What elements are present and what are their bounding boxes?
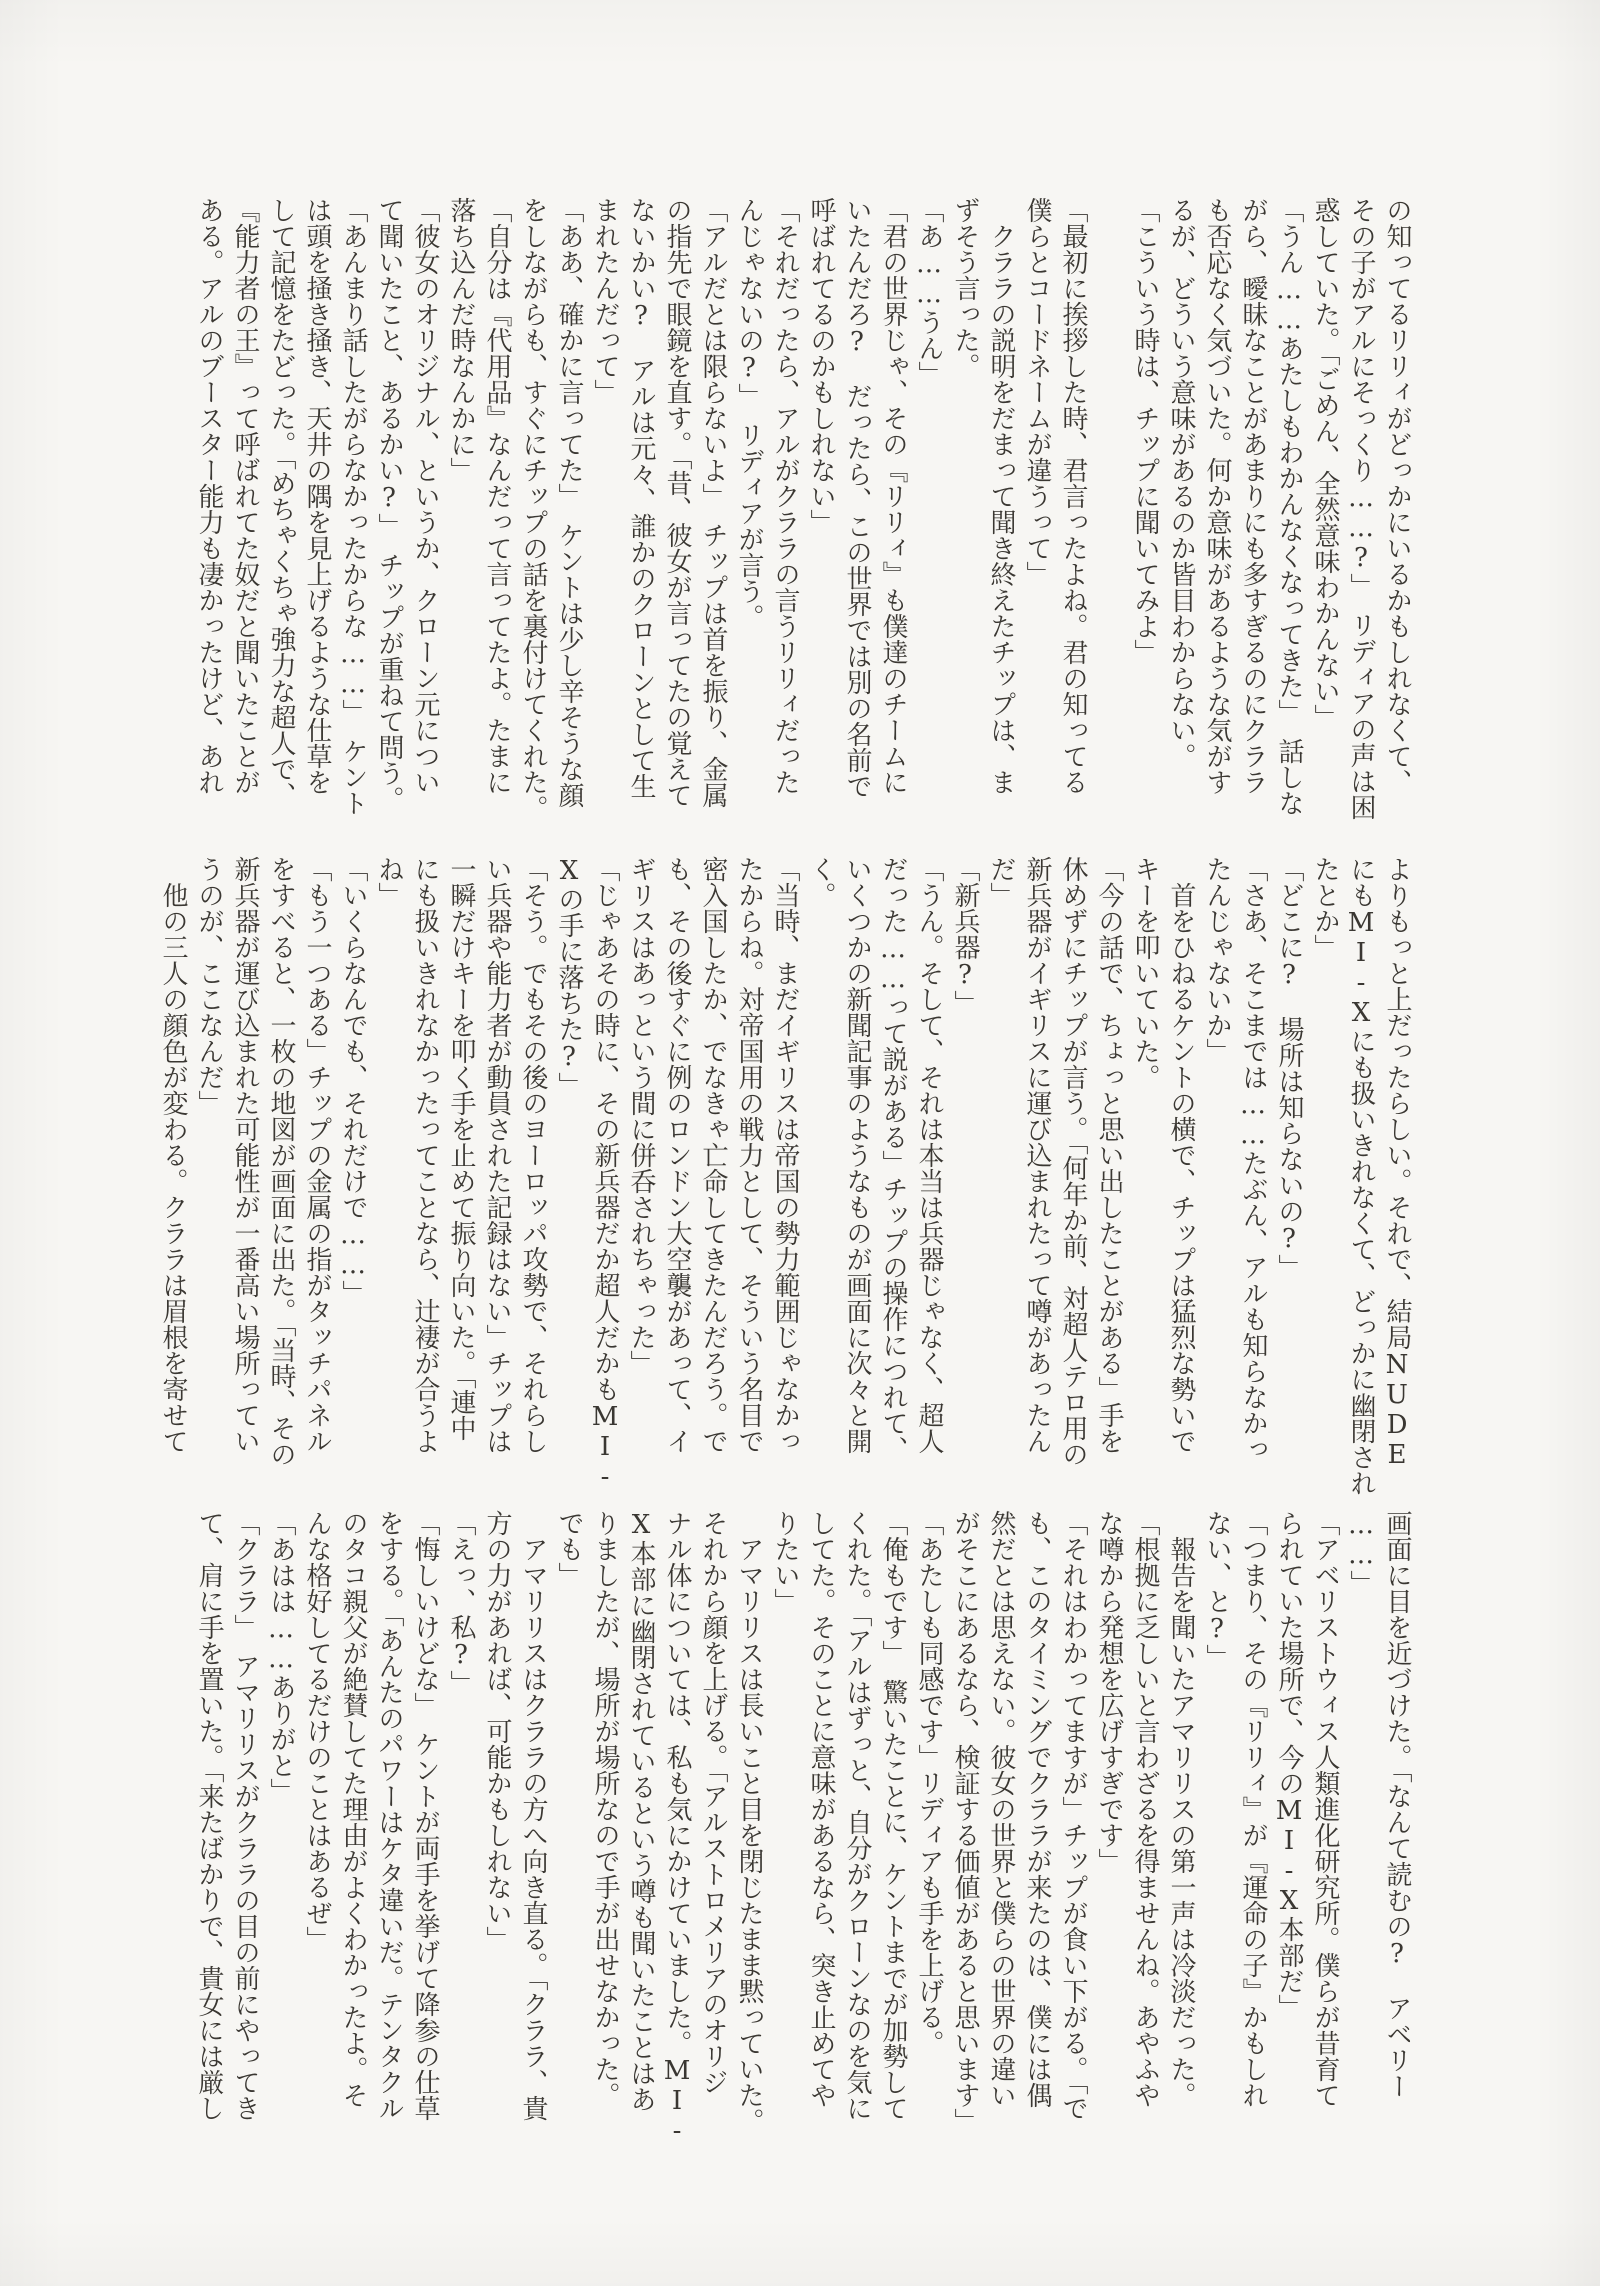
text-column: クララの説明をだまって聞き終えたチップは、ま — [983, 197, 1019, 813]
text-column: 他の三人の顔色が変わる。クララは眉根を寄せて — [155, 856, 191, 1472]
text-column: まれたんだって」 — [587, 197, 623, 813]
text-column: して記憶をたどった。「めちゃくちゃ強力な超人で、 — [263, 197, 299, 813]
text-column: 一瞬だけキーを叩く手を止めて振り向いた。「連中 — [443, 856, 479, 1472]
text-column: 「それだったら、アルがクララの言うリリィだった — [767, 197, 803, 813]
text-column: 「あはは……ありがと」 — [263, 1510, 299, 2126]
text-column: 「俺もです」 驚いたことに、ケントまでが加勢して — [875, 1510, 911, 2126]
text-column: 然だとは思えない。彼女の世界と僕らの世界の違い — [983, 1510, 1019, 2126]
text-column: たとか」 — [1307, 856, 1343, 1472]
text-column: よりもっと上だったらしい。それで、結局NUDE — [1379, 856, 1415, 1472]
text-band-middle: よりもっと上だったらしい。それで、結局NUDEにもMI-Xにも扱いきれなくて、ど… — [155, 856, 1415, 1472]
text-column: 「こういう時は、チップに聞いてみよ」 — [1127, 197, 1163, 813]
text-column: 「もう一つある」チップの金属の指がタッチパネル — [299, 856, 335, 1472]
text-column: 「悔しいけどな」 ケントが両手を挙げて降参の仕草 — [407, 1510, 443, 2126]
text-column: も否応なく気づいた。何か意味があるような気がす — [1199, 197, 1235, 813]
text-band-top: の知ってるリリィがどっかにいるかもしれなくて、その子がアルにそっくり……?」 リ… — [191, 197, 1415, 813]
text-column: それから顔を上げる。「アルストロメリアのオリジ — [695, 1510, 731, 2126]
text-column: 「根拠に乏しいと言わざるを得ませんね。あやふや — [1127, 1510, 1163, 2126]
text-column: 「あたしも同感です」リディアも手を上げる。 — [911, 1510, 947, 2126]
text-column: 「クララ」 アマリリスがクララの目の前にやってき — [227, 1510, 263, 2126]
text-column: 落ち込んだ時なんかに」 — [443, 197, 479, 813]
text-column: ある。アルのブースター能力も凄かったけど、あれ — [191, 197, 227, 813]
text-column: たんじゃないか」 — [1199, 856, 1235, 1472]
text-column: その子がアルにそっくり……?」 リディアの声は困 — [1343, 197, 1379, 813]
text-column: く。 — [803, 856, 839, 1472]
text-column: 報告を聞いたアマリリスの第一声は冷淡だった。 — [1163, 1510, 1199, 2126]
text-column: 「当時、まだイギリスは帝国の勢力範囲じゃなかっ — [767, 856, 803, 1472]
text-column: 「最初に挨拶した時、君言ったよね。君の知ってる — [1055, 197, 1091, 813]
text-column: をする。「あんたのパワーはケタ違いだ。テンタクル — [371, 1510, 407, 2126]
text-column: にも扱いきれなかったってことなら、辻褄が合うよ — [407, 856, 443, 1472]
text-column: ずそう言った。 — [947, 197, 983, 813]
text-column: ないかい? アルは元々、誰かのクローンとして生 — [623, 197, 659, 813]
text-column: て聞いたこと、あるかい?」 チップが重ねて問う。 — [371, 197, 407, 813]
text-column: 「ああ、確かに言ってた」 ケントは少し辛そうな顔 — [551, 197, 587, 813]
scanned-novel-page: の知ってるリリィがどっかにいるかもしれなくて、その子がアルにそっくり……?」 リ… — [0, 0, 1600, 2286]
text-column: うのが、ここなんだ」 — [191, 856, 227, 1472]
text-column: 「さあ、そこまでは……たぶん、アルも知らなかっ — [1235, 856, 1271, 1472]
text-column: 惑していた。「ごめん、全然意味わかんない」 — [1307, 197, 1343, 813]
text-column: も、その後すぐに例のロンドン大空襲があって、イ — [659, 856, 695, 1472]
text-column: のタコ親父が絶賛してた理由がよくわかったよ。そ — [335, 1510, 371, 2126]
text-column: いくつかの新聞記事のようなものが画面に次々と開 — [839, 856, 875, 1472]
text-column: は頭を掻き掻き、天井の隅を見上げるような仕草を — [299, 197, 335, 813]
text-column: 「君の世界じゃ、その『リリィ』も僕達のチームに — [875, 197, 911, 813]
text-column: 休めずにチップが言う。「何年か前、対超人テロ用の — [1055, 856, 1091, 1472]
text-column: 僕らとコードネームが違うって」 — [1019, 197, 1055, 813]
text-column: りたい」 — [767, 1510, 803, 2126]
text-column: 方の力があれば、可能かもしれない」 — [479, 1510, 515, 2126]
text-column: 「あんまり話したがらなかったからな……」 ケント — [335, 197, 371, 813]
text-column: りましたが、場所が場所なので手が出せなかった。 — [587, 1510, 623, 2126]
text-column: 「いくらなんでも、それだけで……」 — [335, 856, 371, 1472]
text-column: い兵器や能力者が動員された記録はない」チップは — [479, 856, 515, 1472]
text-column: をしながらも、すぐにチップの話を裏付けてくれた。 — [515, 197, 551, 813]
text-column: 「うん。そして、それは本当は兵器じゃなく、超人 — [911, 856, 947, 1472]
text-column: だ」 — [983, 856, 1019, 1472]
text-column: 「それはわかってますが」チップが食い下がる。「で — [1055, 1510, 1091, 2126]
text-column: ……」 — [1343, 1510, 1379, 2126]
text-column: な噂から発想を広げすぎです」 — [1091, 1510, 1127, 2126]
text-column: Xの手に落ちた?」 — [551, 856, 587, 1472]
text-column: 新兵器が運び込まれた可能性が一番高い場所ってい — [227, 856, 263, 1472]
text-column: ナル体については、私も気にかけていました。MI- — [659, 1510, 695, 2126]
text-column: キーを叩いていた。 — [1127, 856, 1163, 1472]
text-column: 密入国したか、でなきゃ亡命してきたんだろう。で — [695, 856, 731, 1472]
text-column: をすべると、一枚の地図が画面に出た。「当時、その — [263, 856, 299, 1472]
text-column: られていた場所で、今のMI-X本部だ」 — [1271, 1510, 1307, 2126]
text-column: 「今の話で、ちょっと思い出したことがある」手を — [1091, 856, 1127, 1472]
text-column: いたんだろ? だったら、この世界では別の名前で — [839, 197, 875, 813]
text-column: の知ってるリリィがどっかにいるかもしれなくて、 — [1379, 197, 1415, 813]
text-column: んじゃないの?」 リディアが言う。 — [731, 197, 767, 813]
text-column: 「どこに? 場所は知らないの?」 — [1271, 856, 1307, 1472]
text-column: 首をひねるケントの横で、チップは猛烈な勢いで — [1163, 856, 1199, 1472]
text-column: アマリリスは長いこと目を閉じたまま黙っていた。 — [731, 1510, 767, 2126]
text-column: たからね。対帝国用の戦力として、そういう名目で — [731, 856, 767, 1472]
text-column: ね」 — [371, 856, 407, 1472]
text-column: 「じゃあその時に、その新兵器だか超人だかもMI- — [587, 856, 623, 1472]
text-column: 「あ……うん」 — [911, 197, 947, 813]
text-column: 「アベリストウィス人類進化研究所。僕らが昔育て — [1307, 1510, 1343, 2126]
text-column: 「新兵器?」 — [947, 856, 983, 1472]
text-column: 「そう。でもその後のヨーロッパ攻勢で、それらし — [515, 856, 551, 1472]
text-column: X本部に幽閉されているという噂も聞いたことはあ — [623, 1510, 659, 2126]
text-band-bottom: 画面に目を近づけた。「なんて読むの? アベリー……」「アベリストウィス人類進化研… — [191, 1510, 1415, 2126]
text-column: アマリリスはクララの方へ向き直る。「クララ、貴 — [515, 1510, 551, 2126]
text-column: がそこにあるなら、検証する価値があると思います」 — [947, 1510, 983, 2126]
text-column: 呼ばれてるのかもしれない」 — [803, 197, 839, 813]
section-break — [1091, 197, 1127, 813]
text-column: て、肩に手を置いた。「来たばかりで、貴女には厳し — [191, 1510, 227, 2126]
text-column: の指先で眼鏡を直す。「昔、彼女が言ってたの覚えて — [659, 197, 695, 813]
text-column: ギリスはあっという間に併呑されちゃった」 — [623, 856, 659, 1472]
text-column: 「うん……あたしもわかんなくなってきた」 話しな — [1271, 197, 1307, 813]
text-column: 『能力者の王』って呼ばれてた奴だと聞いたことが — [227, 197, 263, 813]
text-column: にもMI-Xにも扱いきれなくて、どっかに幽閉され — [1343, 856, 1379, 1472]
text-column: 「自分は『代用品』なんだって言ってたよ。たまに — [479, 197, 515, 813]
text-column: してた。そのことに意味があるなら、突き止めてや — [803, 1510, 839, 2126]
text-column: 新兵器がイギリスに運び込まれたって噂があったん — [1019, 856, 1055, 1472]
text-column: 画面に目を近づけた。「なんて読むの? アベリー — [1379, 1510, 1415, 2126]
text-column: んな格好してるだけのことはあるぜ」 — [299, 1510, 335, 2126]
text-column: だった……って説がある」チップの操作につれて、 — [875, 856, 911, 1472]
text-column: 「アルだとは限らないよ」 チップは首を振り、金属 — [695, 197, 731, 813]
text-column: でも」 — [551, 1510, 587, 2126]
text-column: るが、どういう意味があるのか皆目わからない。 — [1163, 197, 1199, 813]
text-column: 「つまり、その『リリィ』が『運命の子』かもしれ — [1235, 1510, 1271, 2126]
text-column: くれた。「アルはずっと、自分がクローンなのを気に — [839, 1510, 875, 2126]
text-column: ない、と?」 — [1199, 1510, 1235, 2126]
text-column: がら、曖昧なことがあまりにも多すぎるのにクララ — [1235, 197, 1271, 813]
text-column: も、このタイミングでクララが来たのは、僕には偶 — [1019, 1510, 1055, 2126]
text-column: 「彼女のオリジナル、というか、クローン元につい — [407, 197, 443, 813]
text-column: 「えっ、私?」 — [443, 1510, 479, 2126]
